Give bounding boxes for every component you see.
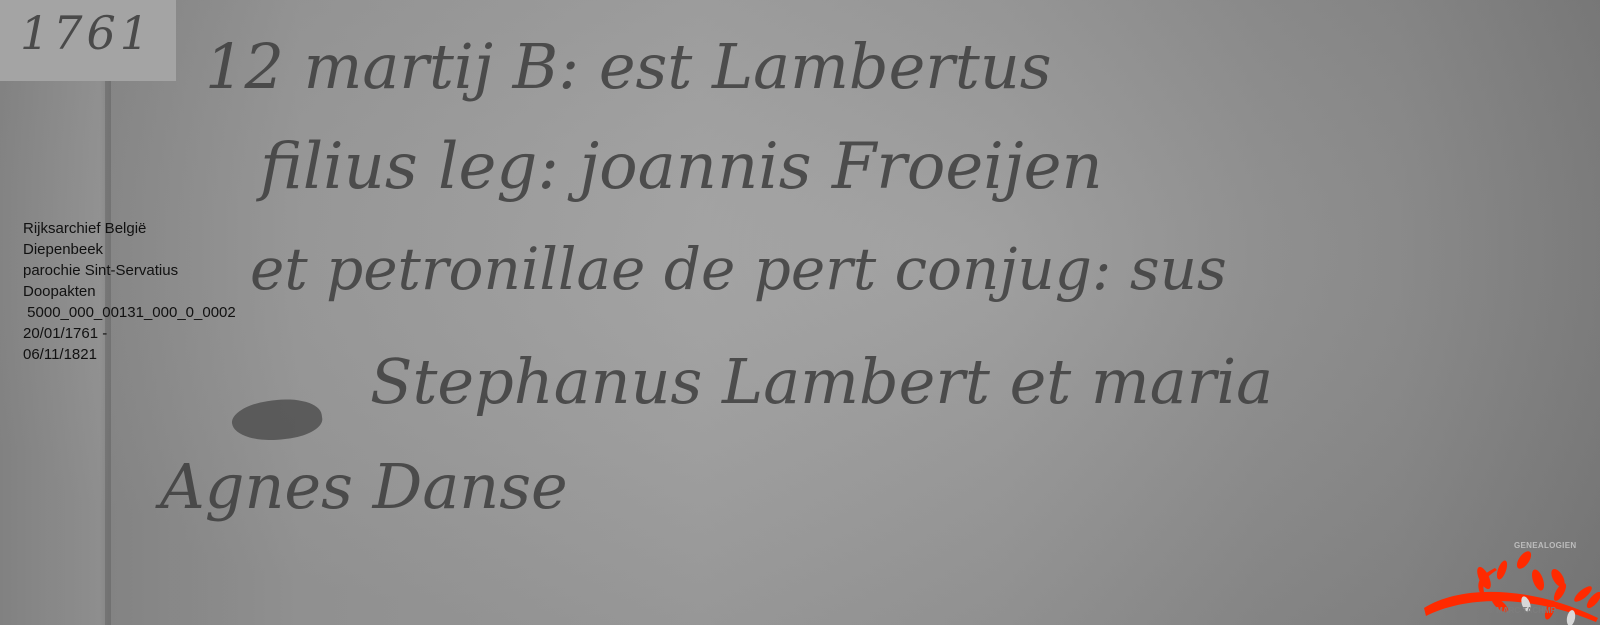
handwriting-line-3: et petronillae de pert conjug: sus <box>250 235 1227 303</box>
brand-name: GENEALOGIEN <box>1514 541 1576 550</box>
caption-date-start: 20/01/1761 - <box>23 323 236 344</box>
caption-municipality: Diepenbeek <box>23 239 236 260</box>
handwriting-line-4: Stephanus Lambert et maria <box>370 345 1273 418</box>
handwriting-line-1: 12 martij B: est Lambertus <box>205 30 1052 103</box>
handwriting-line-2: filius leg: joannis Froeijen <box>260 130 1103 204</box>
year-stamp-patch: 1761 <box>0 0 176 81</box>
copyright-notice: © MARC TACHMP <box>1488 606 1556 615</box>
caption-date-end: 06/11/1821 <box>23 344 236 365</box>
handwriting-line-5: Agnes Danse <box>160 450 568 523</box>
caption-record-type: Doopakten <box>23 281 236 302</box>
year-stamp: 1761 <box>20 6 153 60</box>
archive-caption: Rijksarchief België Diepenbeek parochie … <box>23 218 236 365</box>
caption-parish: parochie Sint-Servatius <box>23 260 236 281</box>
caption-archive: Rijksarchief België <box>23 218 236 239</box>
caption-inventory-id: 5000_000_00131_000_0_0002 <box>23 302 236 323</box>
